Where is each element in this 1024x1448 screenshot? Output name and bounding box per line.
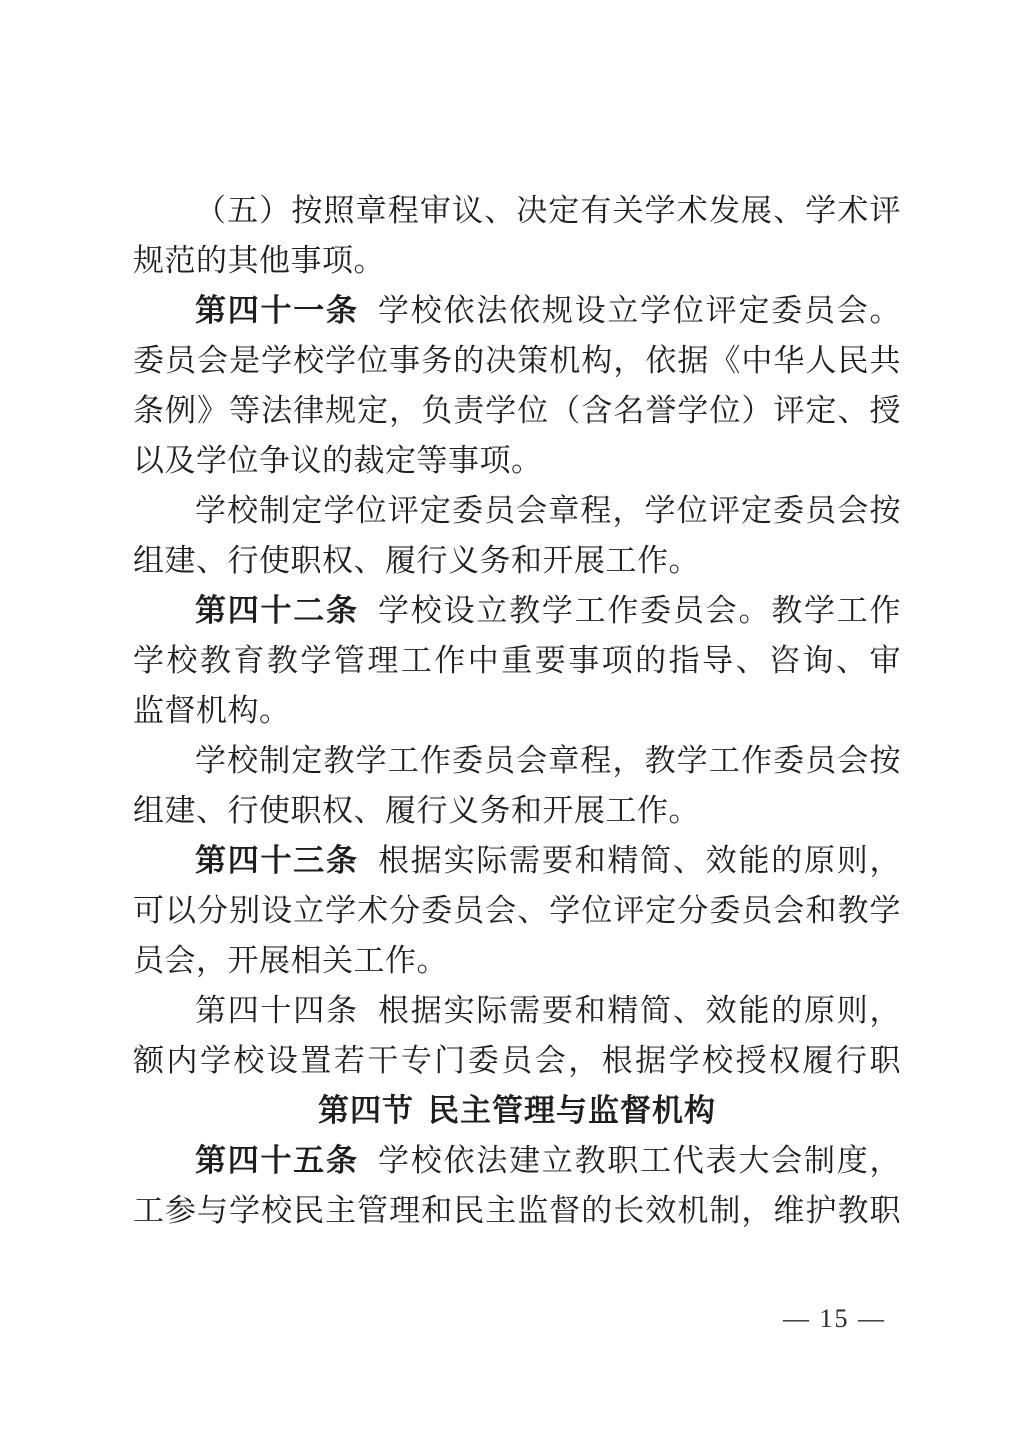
- section-4-heading: 第四节民主管理与监督机构: [133, 1086, 901, 1136]
- text-line: 第四十五条学校依法建立教职工代表大会制度，完善教职: [133, 1136, 901, 1186]
- text-segment: 规范的其他事项。: [133, 243, 385, 278]
- text-line: 第四十三条根据实际需要和精简、效能的原则，二级学院: [133, 836, 901, 886]
- text-segment: 可以分别设立学术分委员会、学位评定分委员会和教学工作分委: [133, 893, 901, 936]
- text-line: 可以分别设立学术分委员会、学位评定分委员会和教学工作分委: [133, 886, 901, 936]
- text-line: 额内学校设置若干专门委员会，根据学校授权履行职责。: [133, 1036, 901, 1086]
- text-segment: 额内学校设置若干专门委员会，根据学校授权履行职责。: [133, 1043, 901, 1086]
- text-segment: 学校教育教学管理工作中重要事项的指导、咨询、审议、决策、: [133, 643, 901, 686]
- text-segment: 组建、行使职权、履行义务和开展工作。: [133, 793, 700, 828]
- text-segment: 学校制定教学工作委员会章程，教学工作委员会按照其章程: [133, 743, 901, 786]
- text-line: 第四十一条学校依法依规设立学位评定委员会。学位评定: [133, 286, 901, 336]
- article-number: 第四十四条: [195, 993, 359, 1028]
- text-line: 监督机构。: [133, 686, 901, 736]
- text-line: 规范的其他事项。: [133, 236, 901, 286]
- document-body: （五）按照章程审议、决定有关学术发展、学术评价、学术规范的其他事项。第四十一条学…: [133, 186, 901, 1236]
- text-line: （五）按照章程审议、决定有关学术发展、学术评价、学术: [133, 186, 901, 236]
- text-line: 工参与学校民主管理和民主监督的长效机制，维护教职工通过教: [133, 1186, 901, 1236]
- text-line: 学校教育教学管理工作中重要事项的指导、咨询、审议、决策、: [133, 636, 901, 686]
- article-number: 第四十五条: [195, 1143, 359, 1178]
- text-segment: 员会，开展相关工作。: [133, 943, 448, 978]
- text-segment: 组建、行使职权、履行义务和开展工作。: [133, 543, 700, 578]
- article-number: 第四十一条: [195, 293, 359, 328]
- text-line: 第四十二条学校设立教学工作委员会。教学工作委员会是: [133, 586, 901, 636]
- text-line: 学校制定教学工作委员会章程，教学工作委员会按照其章程: [133, 736, 901, 786]
- text-line: 条例》等法律规定，负责学位（含名誉学位）评定、授予和撤销: [133, 386, 901, 436]
- text-segment: 工参与学校民主管理和民主监督的长效机制，维护教职工通过教: [133, 1193, 901, 1236]
- text-line: 第四十四条根据实际需要和精简、效能的原则，在规定限: [133, 986, 901, 1036]
- text-segment: 学校制定学位评定委员会章程，学位评定委员会按照其章程: [133, 493, 901, 536]
- text-segment: 委员会是学校学位事务的决策机构，依据《中华人民共和国学位: [133, 343, 901, 386]
- article-number: 第四十三条: [195, 843, 359, 878]
- text-segment: 以及学位争议的裁定等事项。: [133, 443, 543, 478]
- text-line: 以及学位争议的裁定等事项。: [133, 436, 901, 486]
- text-line: 组建、行使职权、履行义务和开展工作。: [133, 536, 901, 586]
- article-number: 第四十二条: [195, 593, 359, 628]
- text-segment: （五）按照章程审议、决定有关学术发展、学术评价、学术: [133, 193, 901, 236]
- text-line: 组建、行使职权、履行义务和开展工作。: [133, 786, 901, 836]
- text-line: 学校制定学位评定委员会章程，学位评定委员会按照其章程: [133, 486, 901, 536]
- text-line: 委员会是学校学位事务的决策机构，依据《中华人民共和国学位: [133, 336, 901, 386]
- document-page: （五）按照章程审议、决定有关学术发展、学术评价、学术规范的其他事项。第四十一条学…: [0, 0, 1024, 1448]
- text-segment: 监督机构。: [133, 693, 291, 728]
- text-line: 员会，开展相关工作。: [133, 936, 901, 986]
- text-segment: 条例》等法律规定，负责学位（含名誉学位）评定、授予和撤销: [133, 393, 901, 436]
- page-number: — 15 —: [783, 1303, 886, 1335]
